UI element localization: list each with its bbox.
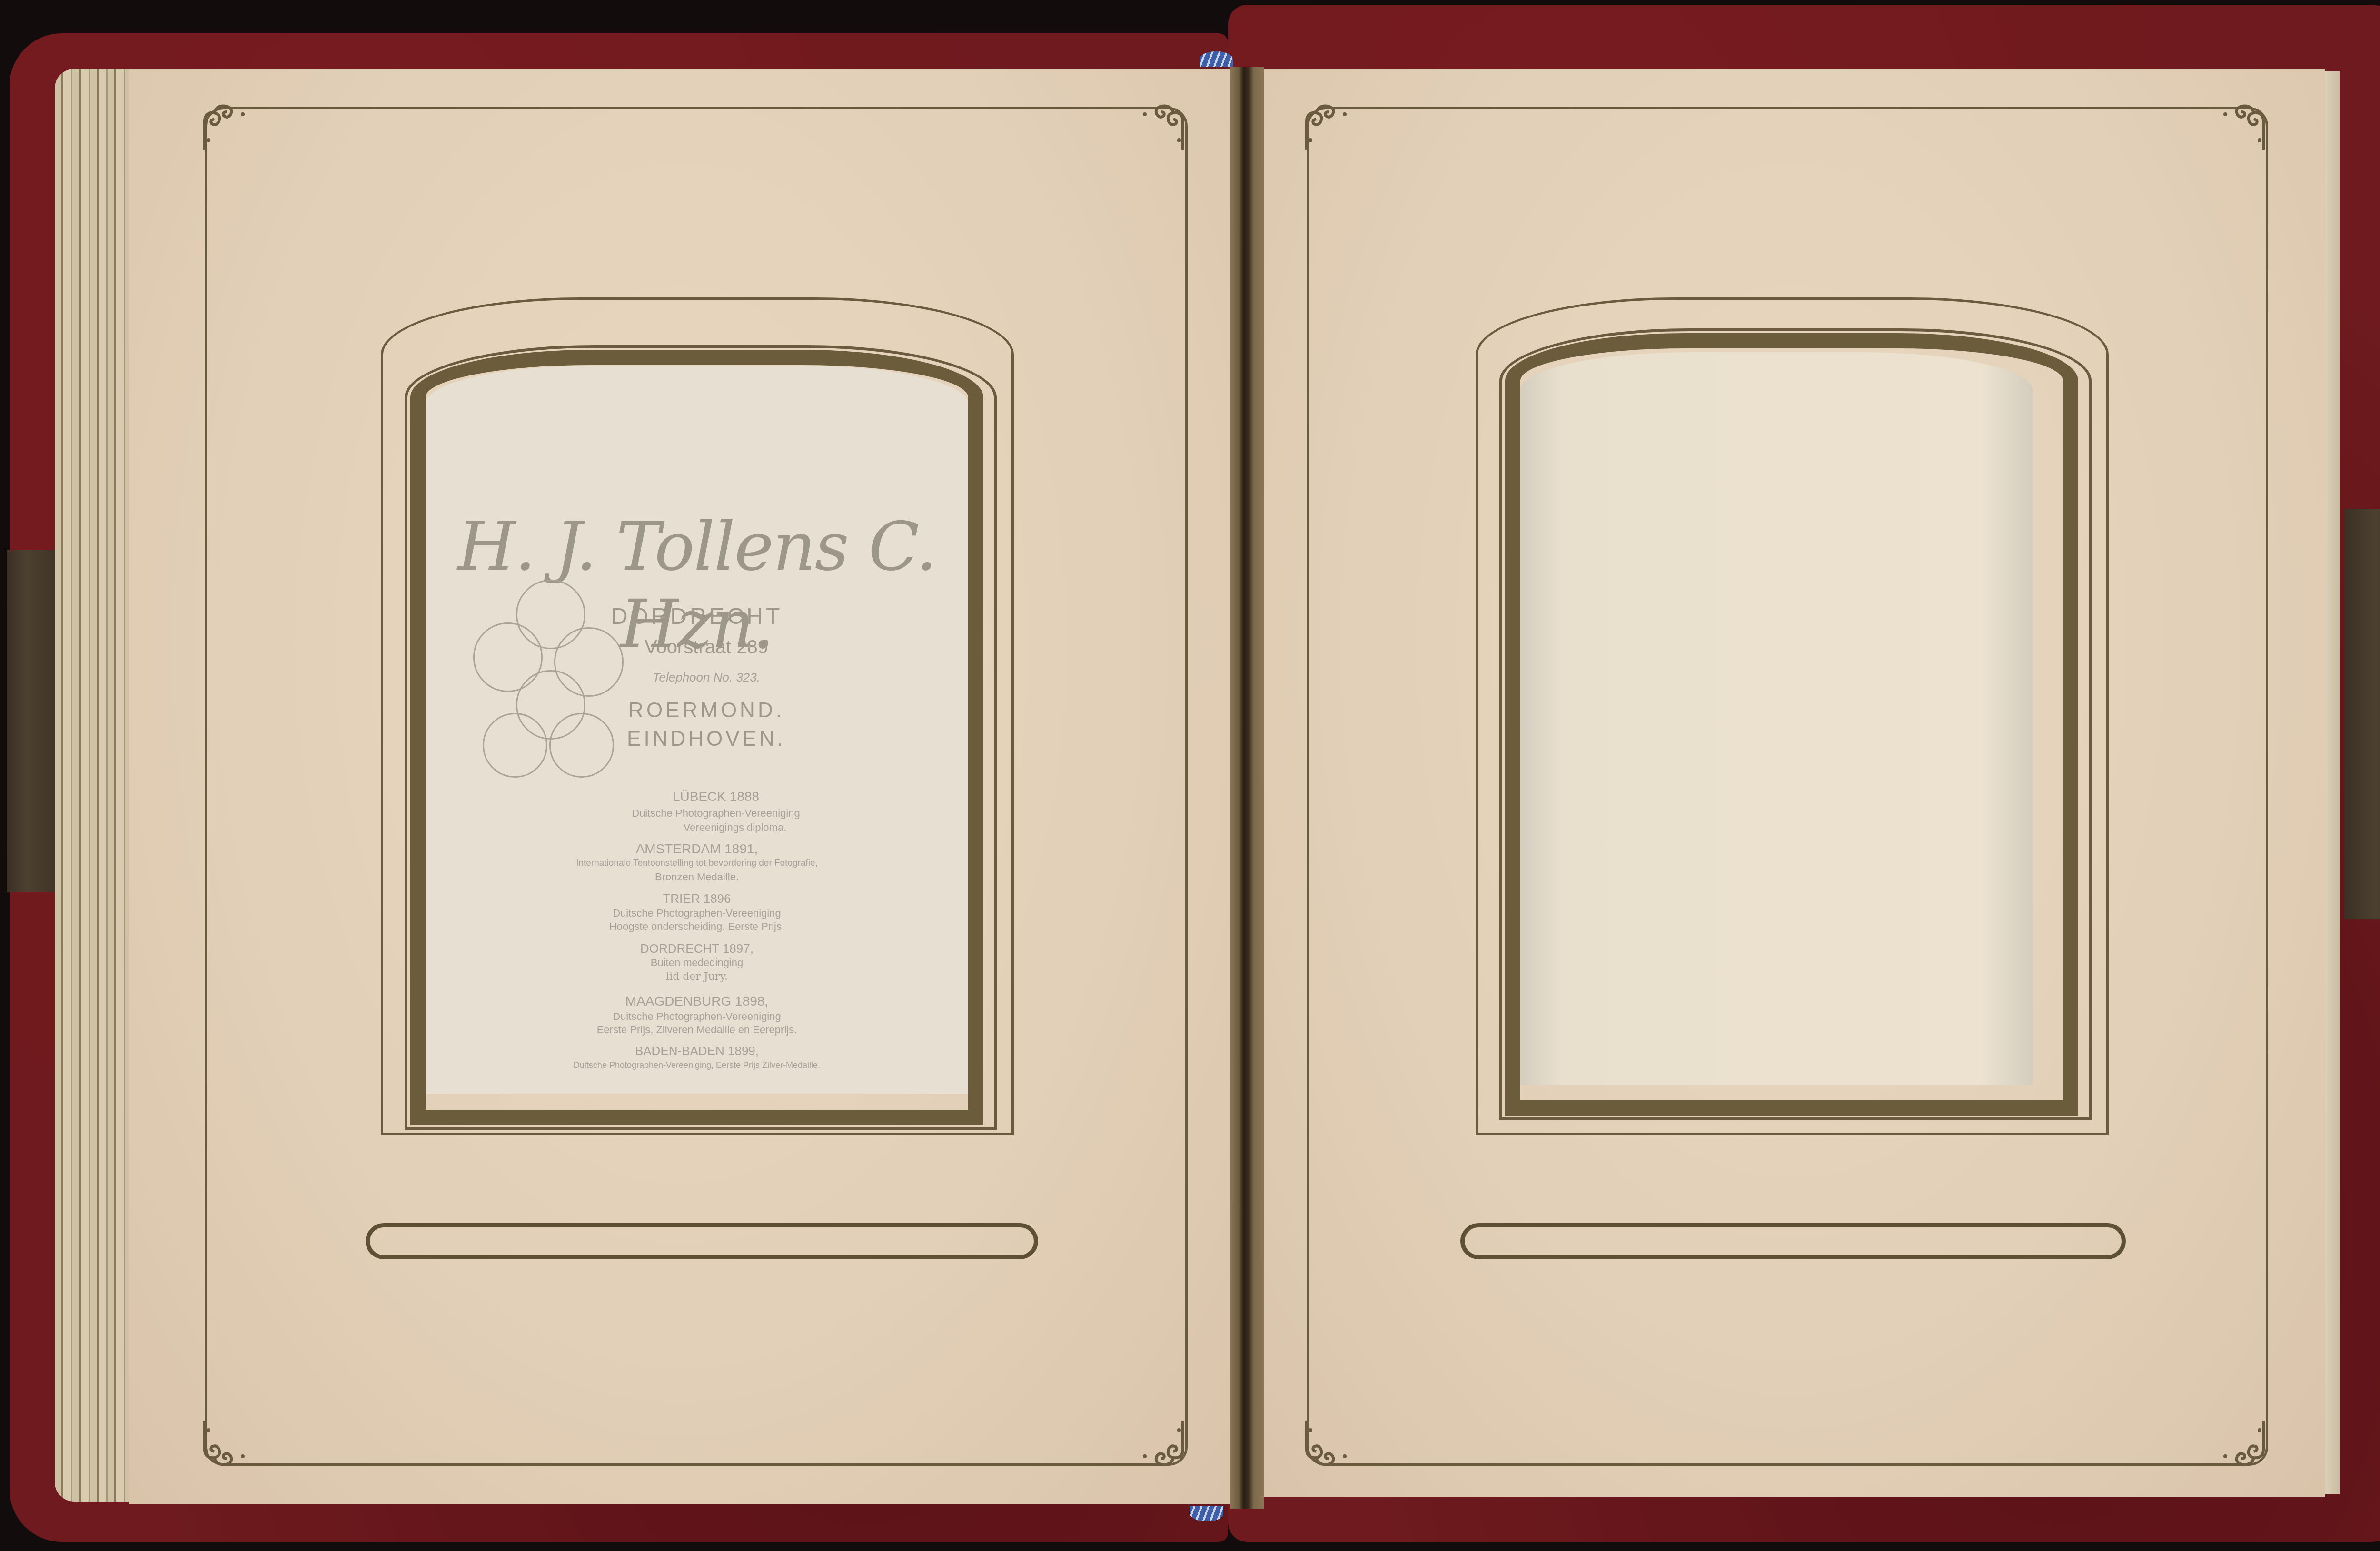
corner-ornament-icon: [2216, 102, 2268, 155]
corner-ornament-icon: [1302, 102, 1354, 155]
medal-icon: [483, 713, 547, 778]
corner-ornament-icon: [2216, 1416, 2268, 1468]
binding-stitch-top: [1200, 51, 1233, 67]
empty-photo-slot[interactable]: [1520, 352, 2033, 1085]
corner-ornament-icon: [1302, 1416, 1354, 1468]
award-place: DORDRECHT 1897,: [426, 941, 968, 956]
award-line: Buiten mededinging: [426, 957, 968, 969]
caption-slot-right[interactable]: [1460, 1223, 2126, 1259]
binding-stitch-bottom: [1190, 1506, 1223, 1521]
award-line: Duitsche Photographen-Vereeniging: [426, 1010, 968, 1023]
metal-clasp-left: [7, 550, 57, 892]
award-line: Duitsche Photographen-Vereeniging: [426, 907, 968, 919]
award-line: lid der Jury.: [426, 971, 968, 983]
award-line: Internationale Tentoonstelling tot bevor…: [426, 858, 968, 869]
award-place: TRIER 1896: [426, 891, 968, 906]
branch-city: ROERMOND.: [540, 699, 873, 722]
award-line: Duitsche Photographen-Vereeniging, Eerst…: [426, 1060, 968, 1070]
award-place: MAAGDENBURG 1898,: [426, 994, 968, 1009]
award-line: Eerste Prijs, Zilveren Medaille en Eerep…: [426, 1024, 968, 1036]
book-gutter: [1230, 67, 1264, 1509]
caption-slot-left[interactable]: [366, 1223, 1038, 1259]
award-place: BADEN-BADEN 1899,: [426, 1044, 968, 1058]
award-line: Hoogste onderscheiding. Eerste Prijs.: [426, 920, 968, 933]
cabinet-card-back[interactable]: H. J. Tollens C. Hzn. DORDRECHT Voorstra…: [426, 366, 968, 1094]
award-place: AMSTERDAM 1891,: [426, 841, 968, 857]
corner-ornament-icon: [1135, 102, 1188, 155]
award-place: LÜBECK 1888: [549, 789, 883, 804]
corner-ornament-icon: [1135, 1416, 1188, 1468]
street-address: Voorstraat 289: [540, 637, 873, 658]
telephone-number: Telephoon No. 323.: [540, 670, 873, 685]
city-name: DORDRECHT: [530, 603, 863, 630]
corner-ornament-icon: [200, 102, 252, 155]
award-line: Duitsche Photographen-Vereeniging: [549, 807, 883, 820]
award-line: Bronzen Medaille.: [426, 871, 968, 883]
award-line: Vereenigings diploma.: [568, 821, 902, 834]
metal-clasp-right: [2344, 509, 2380, 919]
corner-ornament-icon: [200, 1416, 252, 1468]
branch-city: EINDHOVEN.: [540, 727, 873, 751]
